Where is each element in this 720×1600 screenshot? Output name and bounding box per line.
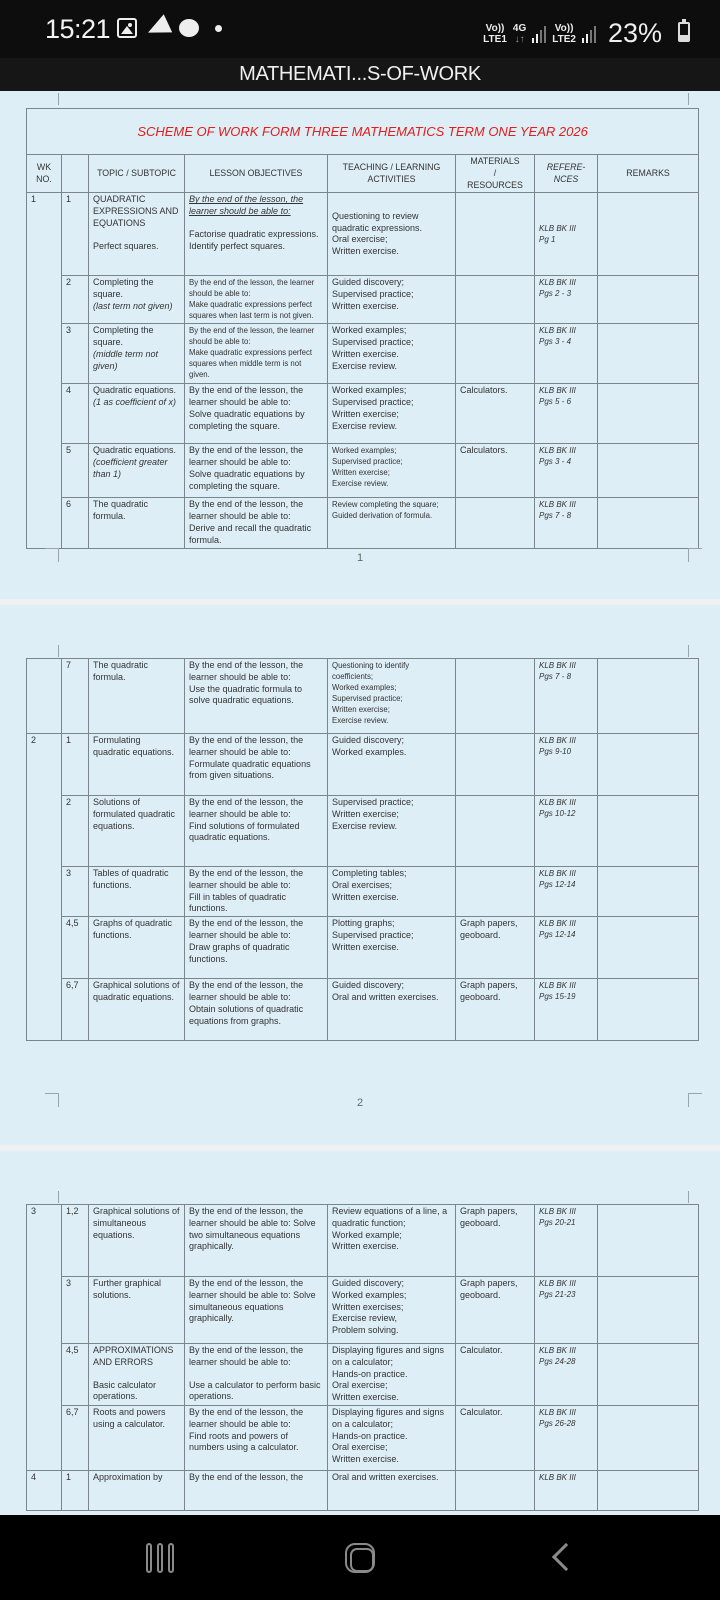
materials-cell bbox=[456, 659, 535, 734]
document-title-bar[interactable]: MATHEMATI...S-OF-WORK bbox=[0, 58, 720, 91]
table-row: 4 Quadratic equations.(1 as coefficient … bbox=[27, 384, 699, 444]
activities-cell: Questioning to review quadratic expressi… bbox=[328, 193, 456, 276]
week-cell: 4 bbox=[27, 1471, 62, 1511]
page-2: 7 The quadratic formula. By the end of t… bbox=[0, 605, 720, 1145]
table-row: 4,5 APPROXIMATIONS AND ERRORSBasic calcu… bbox=[27, 1344, 699, 1406]
lesson-cell: 7 bbox=[62, 659, 89, 734]
chat-bubble-icon bbox=[179, 19, 199, 37]
table-row: 3 Completing the square.(middle term not… bbox=[27, 324, 699, 384]
materials-cell: Calculators. bbox=[456, 384, 535, 444]
reference-cell: KLB BK III Pgs 26-28 bbox=[535, 1406, 598, 1471]
topic-cell: Approximation by bbox=[89, 1471, 185, 1511]
col-remarks: REMARKS bbox=[598, 155, 699, 193]
activities-cell: Oral and written exercises. bbox=[328, 1471, 456, 1511]
crop-mark bbox=[45, 645, 59, 657]
activities-cell: Guided discovery; Worked examples; Writt… bbox=[328, 1277, 456, 1344]
reference-cell: KLB BK III Pgs 24-28 bbox=[535, 1344, 598, 1406]
reference-cell: KLB BK III Pgs 7 - 8 bbox=[535, 659, 598, 734]
lesson-cell: 3 bbox=[62, 867, 89, 917]
remarks-cell bbox=[598, 867, 699, 917]
lesson-cell: 6,7 bbox=[62, 979, 89, 1041]
objectives-cell: By the end of the lesson, the learner sh… bbox=[185, 867, 328, 917]
week-cell: 2 bbox=[27, 734, 62, 1041]
lesson-cell: 1 bbox=[62, 1471, 89, 1511]
week-cell: 3 bbox=[27, 1205, 62, 1471]
remarks-cell bbox=[598, 659, 699, 734]
crop-mark bbox=[688, 645, 702, 657]
objectives-cell: By the end of the lesson, the learner sh… bbox=[185, 796, 328, 867]
remarks-cell bbox=[598, 1344, 699, 1406]
col-topic: TOPIC / SUBTOPIC bbox=[89, 155, 185, 193]
activities-cell: Plotting graphs; Supervised practice; Wr… bbox=[328, 917, 456, 979]
reference-cell: KLB BK III Pgs 5 - 6 bbox=[535, 384, 598, 444]
remarks-cell bbox=[598, 734, 699, 796]
remarks-cell bbox=[598, 917, 699, 979]
topic-cell: Formulating quadratic equations. bbox=[89, 734, 185, 796]
topic-cell: Tables of quadratic functions. bbox=[89, 867, 185, 917]
materials-cell bbox=[456, 867, 535, 917]
materials-cell: Graph papers, geoboard. bbox=[456, 917, 535, 979]
activities-cell: Review equations of a line, a quadratic … bbox=[328, 1205, 456, 1277]
crop-mark bbox=[688, 93, 702, 105]
table-row: 4,5 Graphs of quadratic functions. By th… bbox=[27, 917, 699, 979]
remarks-cell bbox=[598, 1471, 699, 1511]
table-row: 5 Quadratic equations.(coefficient great… bbox=[27, 444, 699, 498]
topic-cell: Quadratic equations.(coefficient greater… bbox=[89, 444, 185, 498]
reference-cell: KLB BK III bbox=[535, 1471, 598, 1511]
page-number: 1 bbox=[0, 552, 720, 564]
col-objectives: LESSON OBJECTIVES bbox=[185, 155, 328, 193]
reference-cell: KLB BK III Pgs 12-14 bbox=[535, 867, 598, 917]
notification-dot-icon bbox=[215, 25, 222, 32]
activities-cell: Review completing the square; Guided der… bbox=[328, 498, 456, 548]
objectives-cell: By the end of the lesson, the learner sh… bbox=[185, 276, 328, 324]
objectives-cell: By the end of the lesson, the learner sh… bbox=[185, 734, 328, 796]
remarks-cell bbox=[598, 1406, 699, 1471]
objectives-cell: By the end of the lesson, the learner sh… bbox=[185, 324, 328, 384]
battery-percent: 23% bbox=[608, 18, 662, 49]
objectives-cell: By the end of the lesson, the learner sh… bbox=[185, 1344, 328, 1406]
topic-cell: Solutions of formulated quadratic equati… bbox=[89, 796, 185, 867]
topic-cell: The quadratic formula. bbox=[89, 659, 185, 734]
lesson-cell: 1,2 bbox=[62, 1205, 89, 1277]
page-number: 2 bbox=[0, 1097, 720, 1109]
materials-cell: Calculator. bbox=[456, 1344, 535, 1406]
table-row: 2 Solutions of formulated quadratic equa… bbox=[27, 796, 699, 867]
scheme-of-work-table: 3 1,2 Graphical solutions of simultaneou… bbox=[26, 1204, 699, 1511]
objectives-cell: By the end of the lesson, the learner sh… bbox=[185, 659, 328, 734]
status-indicators: Vo)) LTE1 4G ↓↑ Vo)) LTE2 23% bbox=[483, 18, 662, 49]
materials-cell bbox=[456, 734, 535, 796]
activities-cell: Worked examples; Supervised practice; Wr… bbox=[328, 444, 456, 498]
reference-cell: KLB BK III Pgs 12-14 bbox=[535, 917, 598, 979]
telegram-icon bbox=[144, 14, 172, 41]
recent-apps-button[interactable] bbox=[146, 1543, 174, 1573]
activities-cell: Supervised practice; Written exercise; E… bbox=[328, 796, 456, 867]
table-row: 7 The quadratic formula. By the end of t… bbox=[27, 659, 699, 734]
topic-cell: QUADRATIC EXPRESSIONS AND EQUATIONSPerfe… bbox=[89, 193, 185, 276]
col-lesson bbox=[62, 155, 89, 193]
activities-cell: Guided discovery; Oral and written exerc… bbox=[328, 979, 456, 1041]
reference-cell: KLB BK III Pgs 21-23 bbox=[535, 1277, 598, 1344]
table-row: 1 1 QUADRATIC EXPRESSIONS AND EQUATIONSP… bbox=[27, 193, 699, 276]
reference-cell: KLB BK III Pgs 7 - 8 bbox=[535, 498, 598, 548]
sim1-volte-label: Vo)) LTE1 bbox=[483, 23, 507, 45]
remarks-cell bbox=[598, 796, 699, 867]
remarks-cell bbox=[598, 193, 699, 276]
home-button[interactable] bbox=[345, 1543, 375, 1573]
materials-cell: Graph papers, geoboard. bbox=[456, 1205, 535, 1277]
objectives-cell: By the end of the lesson, the learner sh… bbox=[185, 498, 328, 548]
document-viewer[interactable]: SCHEME OF WORK FORM THREE MATHEMATICS TE… bbox=[0, 91, 720, 1515]
gallery-icon bbox=[117, 18, 137, 38]
lesson-cell: 2 bbox=[62, 276, 89, 324]
lesson-cell: 4 bbox=[62, 384, 89, 444]
scheme-of-work-table: 7 The quadratic formula. By the end of t… bbox=[26, 658, 699, 1041]
materials-cell bbox=[456, 193, 535, 276]
activities-cell: Displaying figures and signs on a calcul… bbox=[328, 1344, 456, 1406]
materials-cell: Calculator. bbox=[456, 1406, 535, 1471]
status-time: 15:21 bbox=[45, 14, 110, 45]
page-1: SCHEME OF WORK FORM THREE MATHEMATICS TE… bbox=[0, 91, 720, 599]
table-row: 3 Tables of quadratic functions. By the … bbox=[27, 867, 699, 917]
reference-cell: KLB BK III Pg 1 bbox=[535, 193, 598, 276]
table-row: 4 1 Approximation by By the end of the l… bbox=[27, 1471, 699, 1511]
col-references: REFERE-NCES bbox=[535, 155, 598, 193]
table-row: 6 The quadratic formula. By the end of t… bbox=[27, 498, 699, 548]
remarks-cell bbox=[598, 324, 699, 384]
table-row: 6,7 Roots and powers using a calculator.… bbox=[27, 1406, 699, 1471]
navigation-bar bbox=[0, 1515, 720, 1600]
reference-cell: KLB BK III Pgs 2 - 3 bbox=[535, 276, 598, 324]
lesson-cell: 4,5 bbox=[62, 1344, 89, 1406]
remarks-cell bbox=[598, 498, 699, 548]
objectives-cell: By the end of the lesson, the learner sh… bbox=[185, 979, 328, 1041]
lesson-cell: 2 bbox=[62, 796, 89, 867]
objectives-cell: By the end of the lesson, the learner sh… bbox=[185, 917, 328, 979]
table-row: 2 1 Formulating quadratic equations. By … bbox=[27, 734, 699, 796]
remarks-cell bbox=[598, 444, 699, 498]
crop-mark bbox=[688, 1191, 702, 1203]
activities-cell: Guided discovery; Supervised practice; W… bbox=[328, 276, 456, 324]
activities-cell: Completing tables; Oral exercises; Writt… bbox=[328, 867, 456, 917]
lesson-cell: 1 bbox=[62, 193, 89, 276]
week-cell bbox=[27, 659, 62, 734]
document-heading: SCHEME OF WORK FORM THREE MATHEMATICS TE… bbox=[27, 109, 699, 155]
topic-cell: The quadratic formula. bbox=[89, 498, 185, 548]
objectives-cell: By the end of the lesson, the learner sh… bbox=[185, 1277, 328, 1344]
topic-cell: Quadratic equations.(1 as coefficient of… bbox=[89, 384, 185, 444]
network-type-label: 4G ↓↑ bbox=[513, 23, 526, 45]
col-activities: TEACHING / LEARNING ACTIVITIES bbox=[328, 155, 456, 193]
materials-cell bbox=[456, 324, 535, 384]
table-row: 2 Completing the square.(last term not g… bbox=[27, 276, 699, 324]
week-cell: 1 bbox=[27, 193, 62, 548]
topic-cell: Roots and powers using a calculator. bbox=[89, 1406, 185, 1471]
objectives-cell: By the end of the lesson, the learner sh… bbox=[185, 444, 328, 498]
scheme-of-work-table: SCHEME OF WORK FORM THREE MATHEMATICS TE… bbox=[26, 108, 699, 549]
col-materials: MATERIALS/RESOURCES bbox=[456, 155, 535, 193]
materials-cell bbox=[456, 498, 535, 548]
activities-cell: Displaying figures and signs on a calcul… bbox=[328, 1406, 456, 1471]
objectives-cell: By the end of the lesson, the learner sh… bbox=[185, 193, 328, 276]
activities-cell: Worked examples; Supervised practice; Wr… bbox=[328, 324, 456, 384]
crop-mark bbox=[45, 1191, 59, 1203]
lesson-cell: 3 bbox=[62, 1277, 89, 1344]
lesson-cell: 5 bbox=[62, 444, 89, 498]
reference-cell: KLB BK III Pgs 3 - 4 bbox=[535, 324, 598, 384]
objectives-cell: By the end of the lesson, the learner sh… bbox=[185, 384, 328, 444]
lesson-cell: 4,5 bbox=[62, 917, 89, 979]
col-week: WK NO. bbox=[27, 155, 62, 193]
lesson-cell: 6 bbox=[62, 498, 89, 548]
topic-cell: Graphical solutions of quadratic equatio… bbox=[89, 979, 185, 1041]
activities-cell: Worked examples; Supervised practice; Wr… bbox=[328, 384, 456, 444]
activities-cell: Guided discovery; Worked examples. bbox=[328, 734, 456, 796]
table-row: 6,7 Graphical solutions of quadratic equ… bbox=[27, 979, 699, 1041]
lesson-cell: 6,7 bbox=[62, 1406, 89, 1471]
materials-cell bbox=[456, 1471, 535, 1511]
lesson-cell: 1 bbox=[62, 734, 89, 796]
back-button[interactable] bbox=[552, 1543, 580, 1571]
remarks-cell bbox=[598, 1205, 699, 1277]
remarks-cell bbox=[598, 384, 699, 444]
materials-cell bbox=[456, 796, 535, 867]
lesson-cell: 3 bbox=[62, 324, 89, 384]
objectives-cell: By the end of the lesson, the learner sh… bbox=[185, 1406, 328, 1471]
reference-cell: KLB BK III Pgs 3 - 4 bbox=[535, 444, 598, 498]
table-row: 3 Further graphical solutions. By the en… bbox=[27, 1277, 699, 1344]
status-bar: 15:21 Vo)) LTE1 4G ↓↑ Vo)) LTE2 23% bbox=[0, 0, 720, 58]
objectives-cell: By the end of the lesson, the learner sh… bbox=[185, 1205, 328, 1277]
reference-cell: KLB BK III Pgs 20-21 bbox=[535, 1205, 598, 1277]
topic-cell: APPROXIMATIONS AND ERRORSBasic calculato… bbox=[89, 1344, 185, 1406]
sim1-signal-icon bbox=[532, 25, 546, 43]
topic-cell: Graphs of quadratic functions. bbox=[89, 917, 185, 979]
remarks-cell bbox=[598, 1277, 699, 1344]
page-3: 3 1,2 Graphical solutions of simultaneou… bbox=[0, 1151, 720, 1515]
battery-charging-icon bbox=[678, 22, 690, 42]
notification-icons bbox=[117, 18, 222, 38]
activities-cell: Questioning to identify coefficients; Wo… bbox=[328, 659, 456, 734]
topic-cell: Completing the square.(last term not giv… bbox=[89, 276, 185, 324]
reference-cell: KLB BK III Pgs 15-19 bbox=[535, 979, 598, 1041]
table-row: 3 1,2 Graphical solutions of simultaneou… bbox=[27, 1205, 699, 1277]
materials-cell: Graph papers, geoboard. bbox=[456, 979, 535, 1041]
reference-cell: KLB BK III Pgs 9-10 bbox=[535, 734, 598, 796]
table-header-row: WK NO. TOPIC / SUBTOPIC LESSON OBJECTIVE… bbox=[27, 155, 699, 193]
topic-cell: Further graphical solutions. bbox=[89, 1277, 185, 1344]
sim2-signal-icon bbox=[582, 25, 596, 43]
crop-mark bbox=[45, 93, 59, 105]
materials-cell: Calculators. bbox=[456, 444, 535, 498]
reference-cell: KLB BK III Pgs 10-12 bbox=[535, 796, 598, 867]
objectives-cell: By the end of the lesson, the bbox=[185, 1471, 328, 1511]
materials-cell: Graph papers, geoboard. bbox=[456, 1277, 535, 1344]
remarks-cell bbox=[598, 979, 699, 1041]
remarks-cell bbox=[598, 276, 699, 324]
sim2-volte-label: Vo)) LTE2 bbox=[552, 23, 576, 45]
topic-cell: Graphical solutions of simultaneous equa… bbox=[89, 1205, 185, 1277]
topic-cell: Completing the square.(middle term not g… bbox=[89, 324, 185, 384]
materials-cell bbox=[456, 276, 535, 324]
